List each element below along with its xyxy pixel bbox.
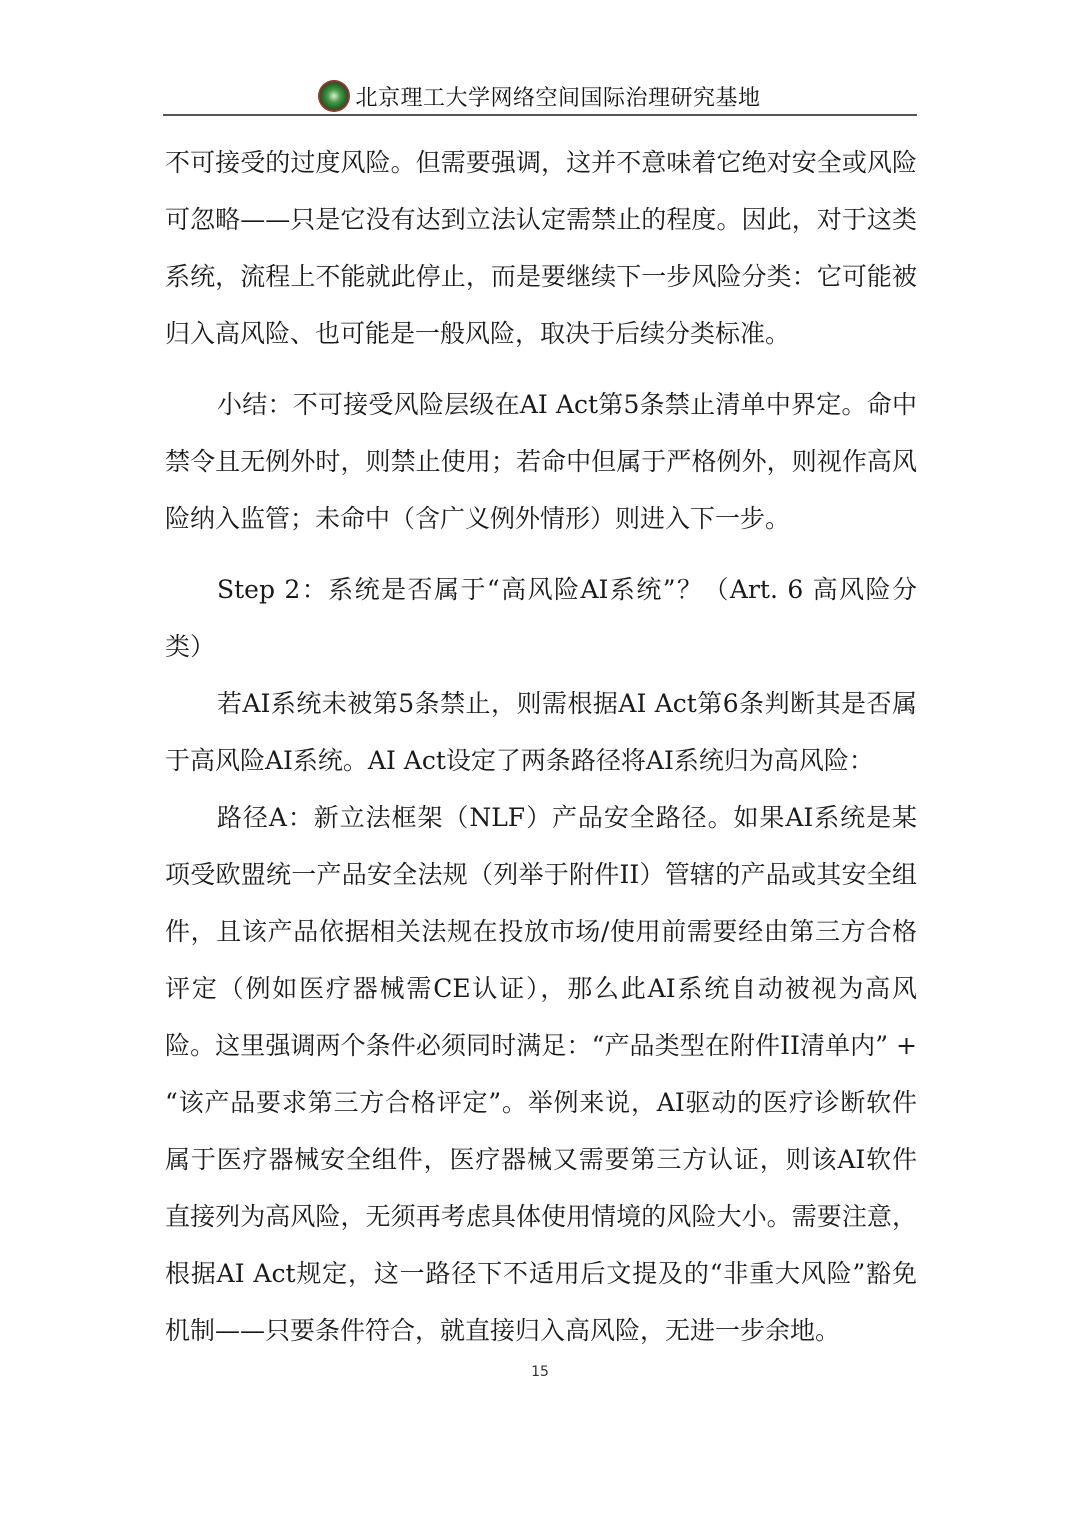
paragraph-summary: 小结：不可接受风险层级在AI Act第5条禁止清单中界定。命中禁令且无例外时，则…	[165, 376, 917, 547]
university-emblem-icon	[319, 81, 349, 111]
header-divider	[163, 114, 917, 116]
section-heading-step-2: Step 2：系统是否属于“高风险AI系统”？（Art. 6 高风险分类）	[165, 561, 917, 675]
header-title: 北京理工大学网络空间国际治理研究基地	[355, 81, 760, 112]
paragraph-article-6-intro: 若AI系统未被第5条禁止，则需根据AI Act第6条判断其是否属于高风险AI系统…	[165, 675, 917, 789]
document-body: 不可接受的过度风险。但需要强调，这并不意味着它绝对安全或风险可忽略——只是它没有…	[165, 134, 917, 1359]
page-header: 北京理工大学网络空间国际治理研究基地	[163, 76, 917, 116]
paragraph-path-a: 路径A：新立法框架（NLF）产品安全路径。如果AI系统是某项受欧盟统一产品安全法…	[165, 789, 917, 1359]
paragraph-gap	[165, 362, 917, 376]
page-number: 15	[0, 1364, 1080, 1380]
paragraph-continuation: 不可接受的过度风险。但需要强调，这并不意味着它绝对安全或风险可忽略——只是它没有…	[165, 134, 917, 362]
paragraph-gap	[165, 547, 917, 561]
